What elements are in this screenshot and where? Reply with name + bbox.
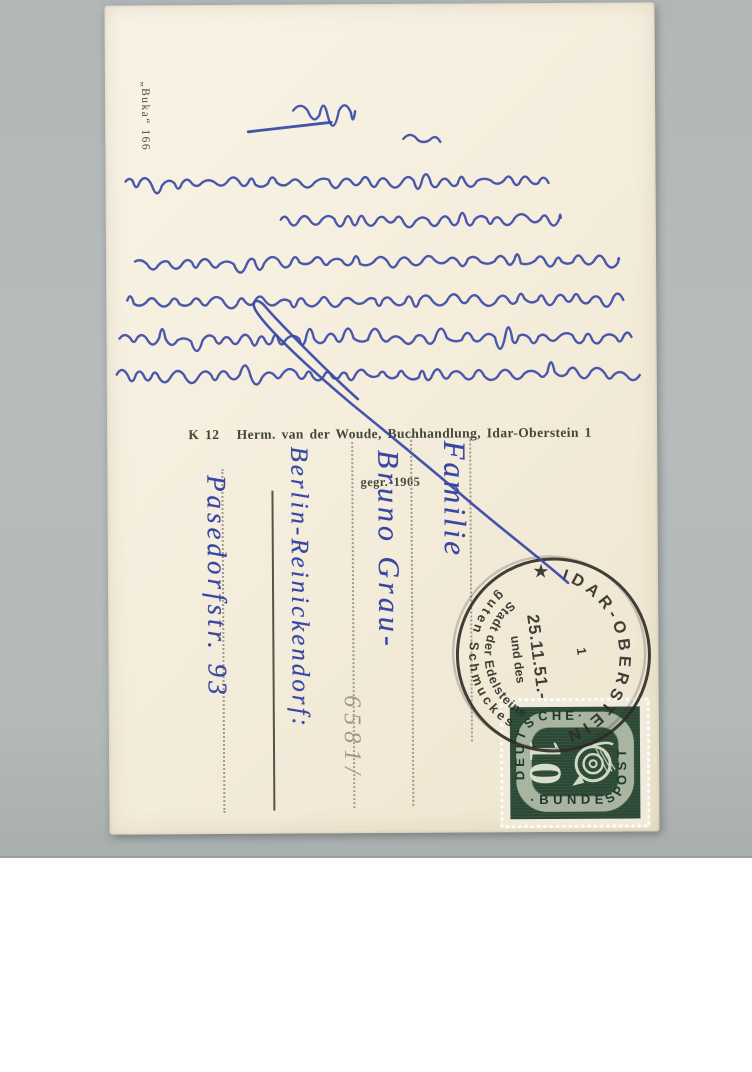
scanned-photo-area: „Buka“ 166 K 12 Herm. van der Woude, Buc… bbox=[0, 0, 752, 858]
message-ink-stroke bbox=[281, 212, 561, 228]
edge-imprint: „Buka“ 166 bbox=[139, 81, 151, 151]
publisher-line: K 12 Herm. van der Woude, Buchhandlung, … bbox=[150, 424, 630, 443]
postmark-slogan-line: und des bbox=[508, 635, 528, 684]
message-ink-stroke bbox=[293, 105, 355, 126]
message-ink-stroke bbox=[117, 362, 640, 386]
address-rule-solid bbox=[271, 491, 275, 811]
message-ink-stroke bbox=[119, 326, 631, 351]
postmark-office-number: 1 bbox=[574, 647, 590, 656]
message-ink-stroke bbox=[126, 173, 549, 193]
postmark-date: 25.11.51.- bbox=[523, 613, 553, 700]
pencil-annotation: 6581/ bbox=[338, 695, 366, 780]
message-ink-stroke bbox=[403, 135, 440, 142]
address-line: Bruno Grau- bbox=[370, 450, 405, 650]
address-line: Pasedorfstr. 93 bbox=[200, 475, 232, 699]
postcard: „Buka“ 166 K 12 Herm. van der Woude, Buc… bbox=[104, 2, 659, 834]
message-ink-stroke bbox=[135, 254, 619, 273]
message-ink-stroke bbox=[127, 293, 623, 309]
message-ink-stroke bbox=[248, 122, 331, 132]
address-line: Berlin-Reinickendorf: bbox=[284, 446, 314, 729]
postmark: ★ IDAR-OBERSTEIN 1 25.11.51.- und des St… bbox=[423, 524, 685, 786]
